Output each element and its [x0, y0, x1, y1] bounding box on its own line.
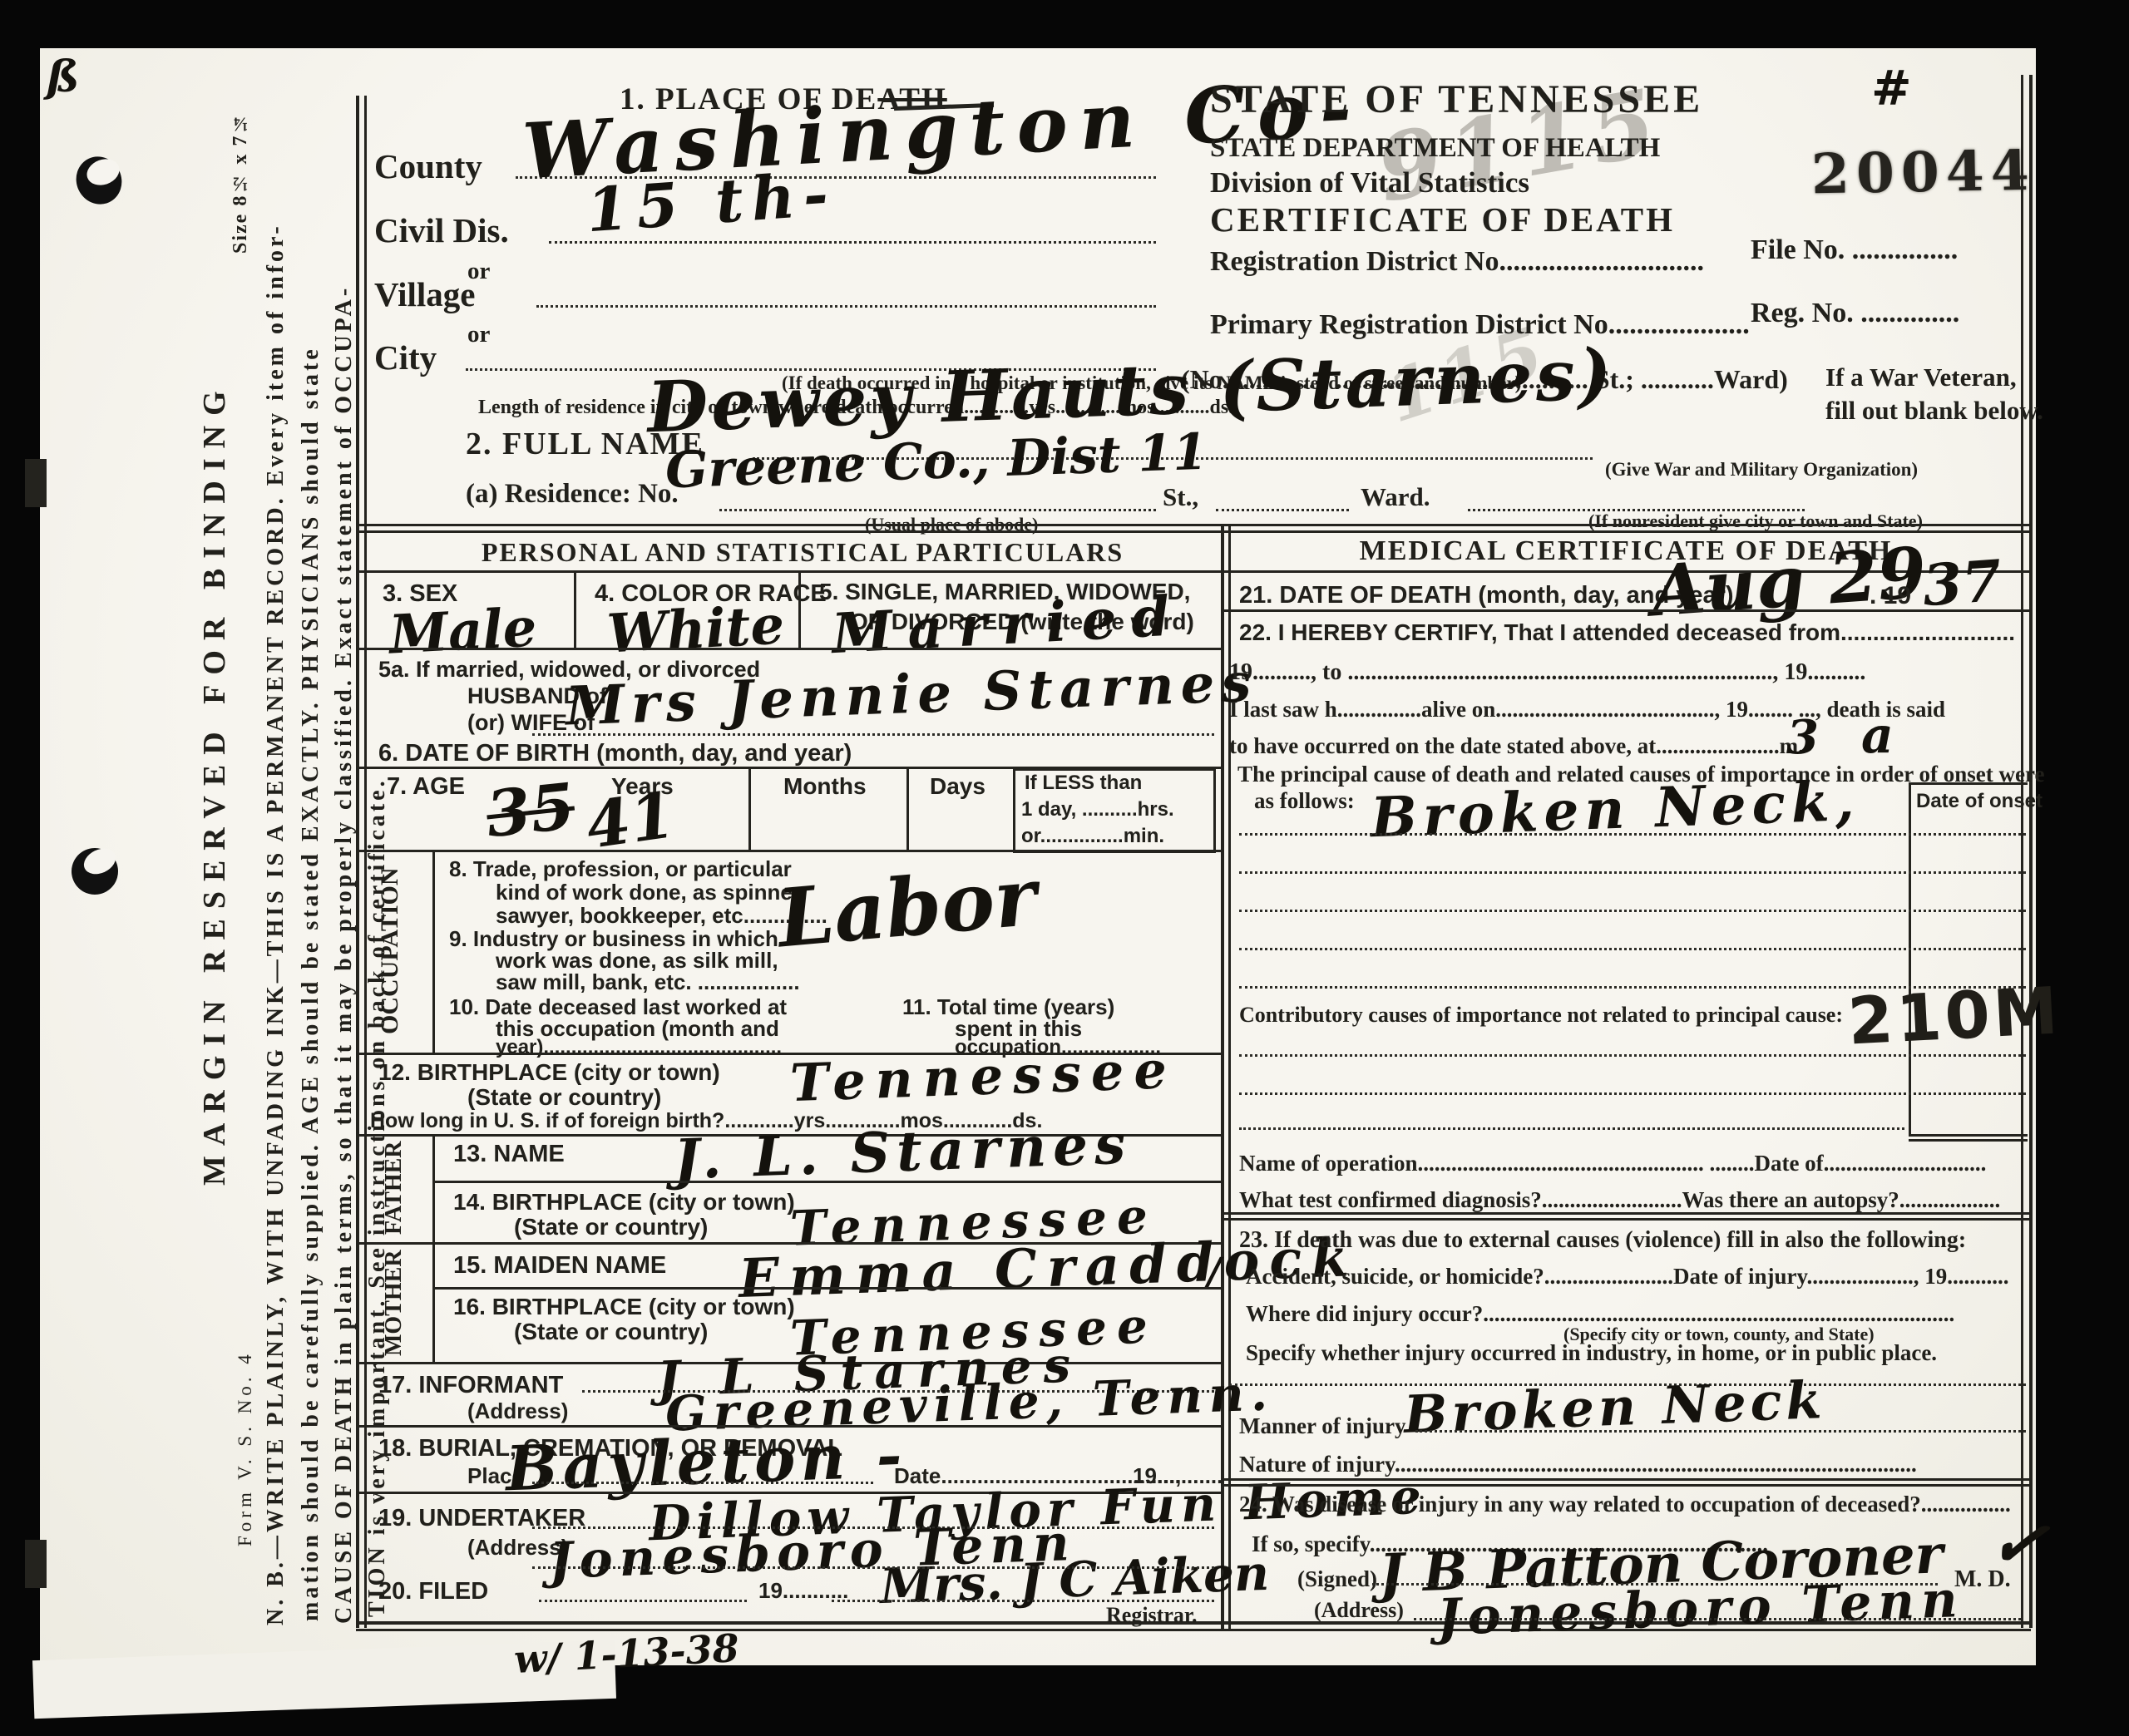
margin-form-number: Form V. S. No. 4 — [235, 1289, 256, 1546]
death-time-script: a — [1861, 707, 1894, 765]
personal-section-title: PERSONAL AND STATISTICAL PARTICULARS — [391, 537, 1214, 568]
scan-notch-1 — [25, 459, 47, 507]
onset-box-bottom-2 — [1909, 1139, 2028, 1142]
accident-line: Accident, suicide, or homicide?.........… — [1246, 1264, 2008, 1290]
race-cell-divider — [798, 573, 801, 648]
contributory-dotline-1 — [1239, 1054, 2026, 1057]
occupation-row8-line2: kind of work done, as spinner, — [496, 880, 806, 905]
margin-note-line-3: CAUSE OF DEATH in plain terms, so that i… — [331, 76, 358, 1624]
less-line-3: or...............min. — [1021, 825, 1164, 848]
state-title: STATE OF TENNESSEE — [1210, 76, 1703, 122]
certificate-title: CERTIFICATE OF DEATH — [1210, 200, 1675, 239]
injury-place-line: Specify whether injury occurred in indus… — [1246, 1340, 1937, 1366]
father-name-row-line — [435, 1181, 1221, 1183]
certify-line-2: 19.........., to .......................… — [1229, 659, 1865, 686]
body-top-line-1 — [356, 524, 2031, 526]
mother-name-label: 15. MAIDEN NAME — [453, 1252, 666, 1280]
body-top-line-2 — [356, 530, 2031, 533]
manner-dotline — [1415, 1430, 2026, 1433]
parent-side-divider — [432, 1134, 435, 1362]
birthplace-label-2: (State or country) — [467, 1084, 661, 1111]
occupation-related-line: 24. Was disease or injury in any way rel… — [1239, 1492, 2011, 1517]
father-birthplace-label-1: 14. BIRTHPLACE (city or town) — [453, 1189, 795, 1216]
cause-dotline-3 — [1239, 910, 2026, 912]
war-veteran-line-1: If a War Veteran, — [1825, 362, 2017, 392]
nonresident-note: (If nonresident give city or town and St… — [1588, 510, 1923, 532]
race-value: White — [605, 594, 786, 665]
sex-cell-divider — [574, 573, 576, 648]
less-line-2: 1 day, ..........hrs. — [1021, 798, 1174, 821]
pen-slip-mark: / — [1208, 1250, 1221, 1293]
city-label: City — [374, 338, 437, 377]
certify-line-4: to have occurred on the date stated abov… — [1229, 733, 1804, 759]
file-no-label: File No. ............... — [1751, 234, 1958, 266]
civil-dis-label: Civil Dis. — [374, 210, 509, 250]
mother-side-label: MOTHER — [381, 1247, 408, 1359]
margin-note-line-1: N. B.—WRITE PLAINLY, WITH UNFADING INK—T… — [263, 79, 289, 1625]
cause-dotline-4 — [1239, 948, 2026, 950]
occupation-side-label: OCCUPATION — [376, 853, 404, 1049]
days-label: Days — [930, 773, 985, 800]
external-label: 23. If death was due to external causes … — [1239, 1227, 1966, 1254]
or-label-2: or — [467, 321, 490, 348]
corner-pen-mark: ß — [47, 52, 80, 102]
occupation-row10-line3: year)...................................… — [496, 1036, 782, 1059]
cause-dotline-2 — [1239, 871, 2026, 874]
less-line-1: If LESS than — [1025, 772, 1142, 795]
scan-notch-2 — [25, 1540, 47, 1588]
death-certificate-scan: ß MARGIN RESERVED FOR BINDING Form V. S.… — [0, 0, 2129, 1736]
occupation-row8-line1: 8. Trade, profession, or particular — [449, 856, 792, 882]
form-border-left-inner — [364, 96, 367, 1628]
test-line: What test confirmed diagnosis?..........… — [1239, 1187, 2000, 1213]
hash-mark: # — [1871, 60, 1912, 116]
father-birthplace-label-2: (State or country) — [514, 1214, 708, 1240]
manner-label: Manner of injury — [1239, 1413, 1406, 1439]
margin-size-note: Size 8½ x 7¼ — [230, 67, 252, 254]
nature-double-line-1 — [1221, 1478, 2031, 1481]
years-cell-divider — [748, 768, 751, 850]
age-crossed-value: 35 — [483, 769, 578, 852]
death-time-value: 3 — [1786, 710, 1819, 765]
ward-label: Ward. — [1361, 482, 1430, 512]
burial-dotline — [532, 1482, 873, 1484]
dod-19: . 19 — [1870, 582, 1911, 610]
residence-dotline-2 — [1216, 509, 1349, 511]
occupation-side-divider — [432, 850, 435, 1053]
birthplace-label-1: 12. BIRTHPLACE (city or town) — [378, 1059, 720, 1086]
sex-value: Male — [388, 596, 538, 666]
contributory-dotline-3 — [1239, 1127, 1904, 1130]
dod-row-line — [1221, 609, 2031, 612]
residence-dotline-1 — [719, 509, 1156, 511]
filed-dotline-1 — [539, 1600, 747, 1602]
village-label: Village — [374, 274, 475, 314]
certificate-number-stamp: 20044 — [1810, 138, 2036, 207]
division-title: Division of Vital Statistics — [1210, 166, 1529, 200]
nature-label: Nature of injury........................… — [1239, 1452, 1917, 1477]
mother-name-row-line — [435, 1287, 1221, 1290]
form-border-left-outer — [356, 96, 359, 1628]
father-name-label: 13. NAME — [453, 1141, 565, 1168]
contributory-dotline-2 — [1239, 1092, 2026, 1095]
nature-double-line-2 — [1221, 1484, 2031, 1487]
age-row-line — [356, 850, 1221, 852]
county-label: County — [374, 146, 482, 186]
signed-address-dotline — [1414, 1618, 2021, 1620]
margin-note-line-2: mation should be carefully supplied. AGE… — [298, 79, 324, 1621]
signed-address-label: (Address) — [1314, 1598, 1404, 1623]
test-double-line-1 — [1221, 1212, 2031, 1215]
principal-cause-line-2: as follows: — [1254, 788, 1355, 814]
war-org-note: (Give War and Military Organization) — [1605, 459, 1918, 481]
registration-district-label: Registration District No................… — [1210, 246, 1704, 278]
st-label: St., — [1163, 482, 1198, 512]
test-double-line-2 — [1221, 1218, 2031, 1221]
age-label: 7. AGE — [387, 773, 465, 801]
sex-row-line — [356, 648, 1221, 650]
signed-label: (Signed) — [1297, 1566, 1377, 1592]
village-dotline — [536, 305, 1156, 308]
war-veteran-line-2: fill out blank below. — [1825, 396, 2043, 426]
registrar-label: Registrar. — [1106, 1603, 1198, 1628]
mother-birthplace-label-1: 16. BIRTHPLACE (city or town) — [453, 1294, 795, 1320]
cause-dotline-1 — [1239, 833, 2026, 836]
months-label: Months — [783, 773, 867, 800]
reg-no-label: Reg. No. .............. — [1751, 298, 1959, 329]
contributory-label: Contributory causes of importance not re… — [1239, 1003, 1843, 1028]
onset-label: Date of onset — [1916, 790, 2043, 813]
form-border-right-outer — [2029, 75, 2033, 1628]
contributory-stamp: 210M — [1846, 974, 2063, 1059]
occupation-row9-line3: saw mill, bank, etc. ................. — [496, 969, 800, 995]
undertaker-address-dotline — [532, 1566, 1214, 1569]
operation-line: Name of operation.......................… — [1239, 1151, 1986, 1176]
certify-line-1: 22. I HEREBY CERTIFY, That I attended de… — [1239, 619, 2015, 646]
certify-line-3: I last saw h...............alive on.....… — [1229, 697, 1945, 723]
spouse-dotline — [532, 733, 1214, 736]
informant-address-label: (Address) — [467, 1398, 568, 1424]
dept-title: STATE DEPARTMENT OF HEALTH — [1210, 133, 1660, 164]
dob-label: 6. DATE OF BIRTH (month, day, and year) — [378, 740, 852, 767]
residence-label: (a) Residence: No. — [466, 479, 679, 510]
filed-dotline-2 — [832, 1600, 1214, 1602]
mother-birthplace-label-2: (State or country) — [514, 1319, 708, 1345]
filed-label: 20. FILED — [378, 1578, 488, 1605]
months-cell-divider — [906, 768, 909, 850]
margin-binding-note: MARGIN RESERVED FOR BINDING — [196, 324, 233, 1243]
father-side-label: FATHER — [381, 1137, 408, 1239]
informant-label: 17. INFORMANT — [378, 1372, 563, 1399]
